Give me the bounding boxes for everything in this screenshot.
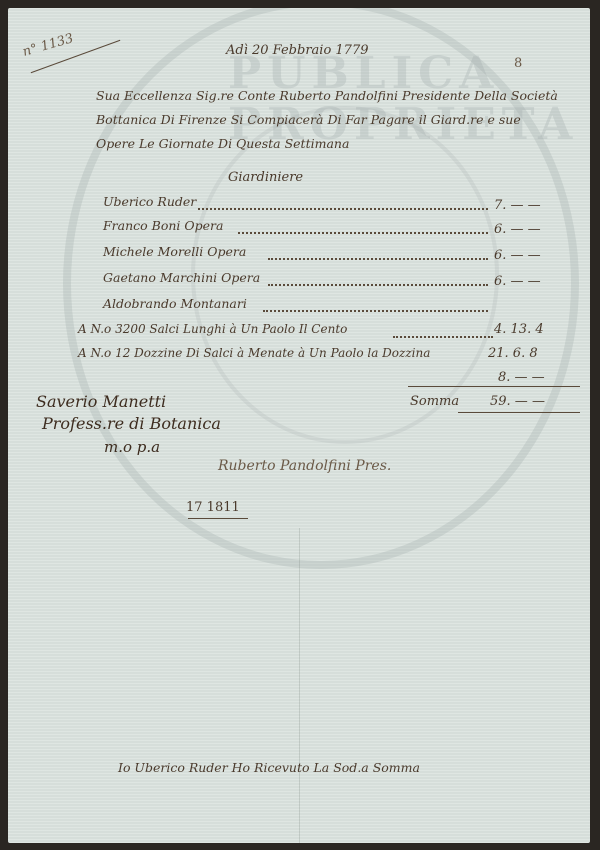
entry-amount: 6. — — (494, 222, 541, 237)
leader-dots (268, 284, 488, 286)
signature-title: Profess.re di Botanica (42, 414, 221, 433)
entry-amount: 8. — — (498, 370, 545, 385)
leader-dots (198, 208, 488, 210)
entry-label: Franco Boni Opera (103, 218, 223, 233)
signature-pandolfini: Ruberto Pandolfini Pres. (218, 458, 391, 474)
entry-amount: 6. — — (494, 248, 541, 263)
signature-manetti: Saverio Manetti (36, 392, 166, 411)
entry-label: Gaetano Marchini Opera (103, 270, 260, 285)
total-rule (458, 412, 580, 413)
total-label: Somma (410, 394, 459, 409)
section-heading: Giardiniere (228, 170, 303, 185)
heading-line-3: Opere Le Giornate Di Questa Settimana (96, 136, 349, 151)
entry-amount: 21. 6. 8 (488, 346, 538, 361)
heading-line-2: Bottanica Di Firenze Si Compiacerà Di Fa… (96, 112, 521, 127)
leader-dots (393, 336, 493, 338)
leader-dots (268, 258, 488, 260)
annotation-underline (188, 518, 248, 519)
entry-label: A N.o 3200 Salci Lunghi à Un Paolo Il Ce… (78, 322, 347, 336)
entry-label: Aldobrando Montanari (103, 296, 247, 311)
sum-rule (408, 386, 580, 387)
entry-label: A N.o 12 Dozzine Di Salci à Menate à Un … (78, 346, 430, 360)
leader-dots (238, 232, 488, 234)
page-number: 8 (514, 56, 522, 71)
entry-amount: 6. — — (494, 274, 541, 289)
date-line: Adì 20 Febbraio 1779 (226, 43, 369, 58)
entry-label: Uberico Ruder (103, 194, 196, 209)
entry-label: Michele Morelli Opera (103, 244, 246, 259)
leader-dots (263, 310, 488, 312)
entry-amount: 4. 13. 4 (494, 322, 544, 337)
entry-amount: 7. — — (494, 198, 541, 213)
archive-reference: n° 1133 (21, 31, 75, 60)
manuscript-page: PUBLICA PROPRIETA n° 1133 Adì 20 Febbrai… (8, 8, 590, 843)
paper-fold (299, 528, 300, 843)
heading-line-1: Sua Eccellenza Sig.re Conte Ruberto Pand… (96, 88, 558, 103)
signature-note: m.o p.a (104, 438, 160, 456)
annotation-number: 17 1811 (186, 500, 240, 515)
total-value: 59. — — (490, 394, 545, 409)
receipt-line: Io Uberico Ruder Ho Ricevuto La Sod.a So… (118, 760, 420, 775)
